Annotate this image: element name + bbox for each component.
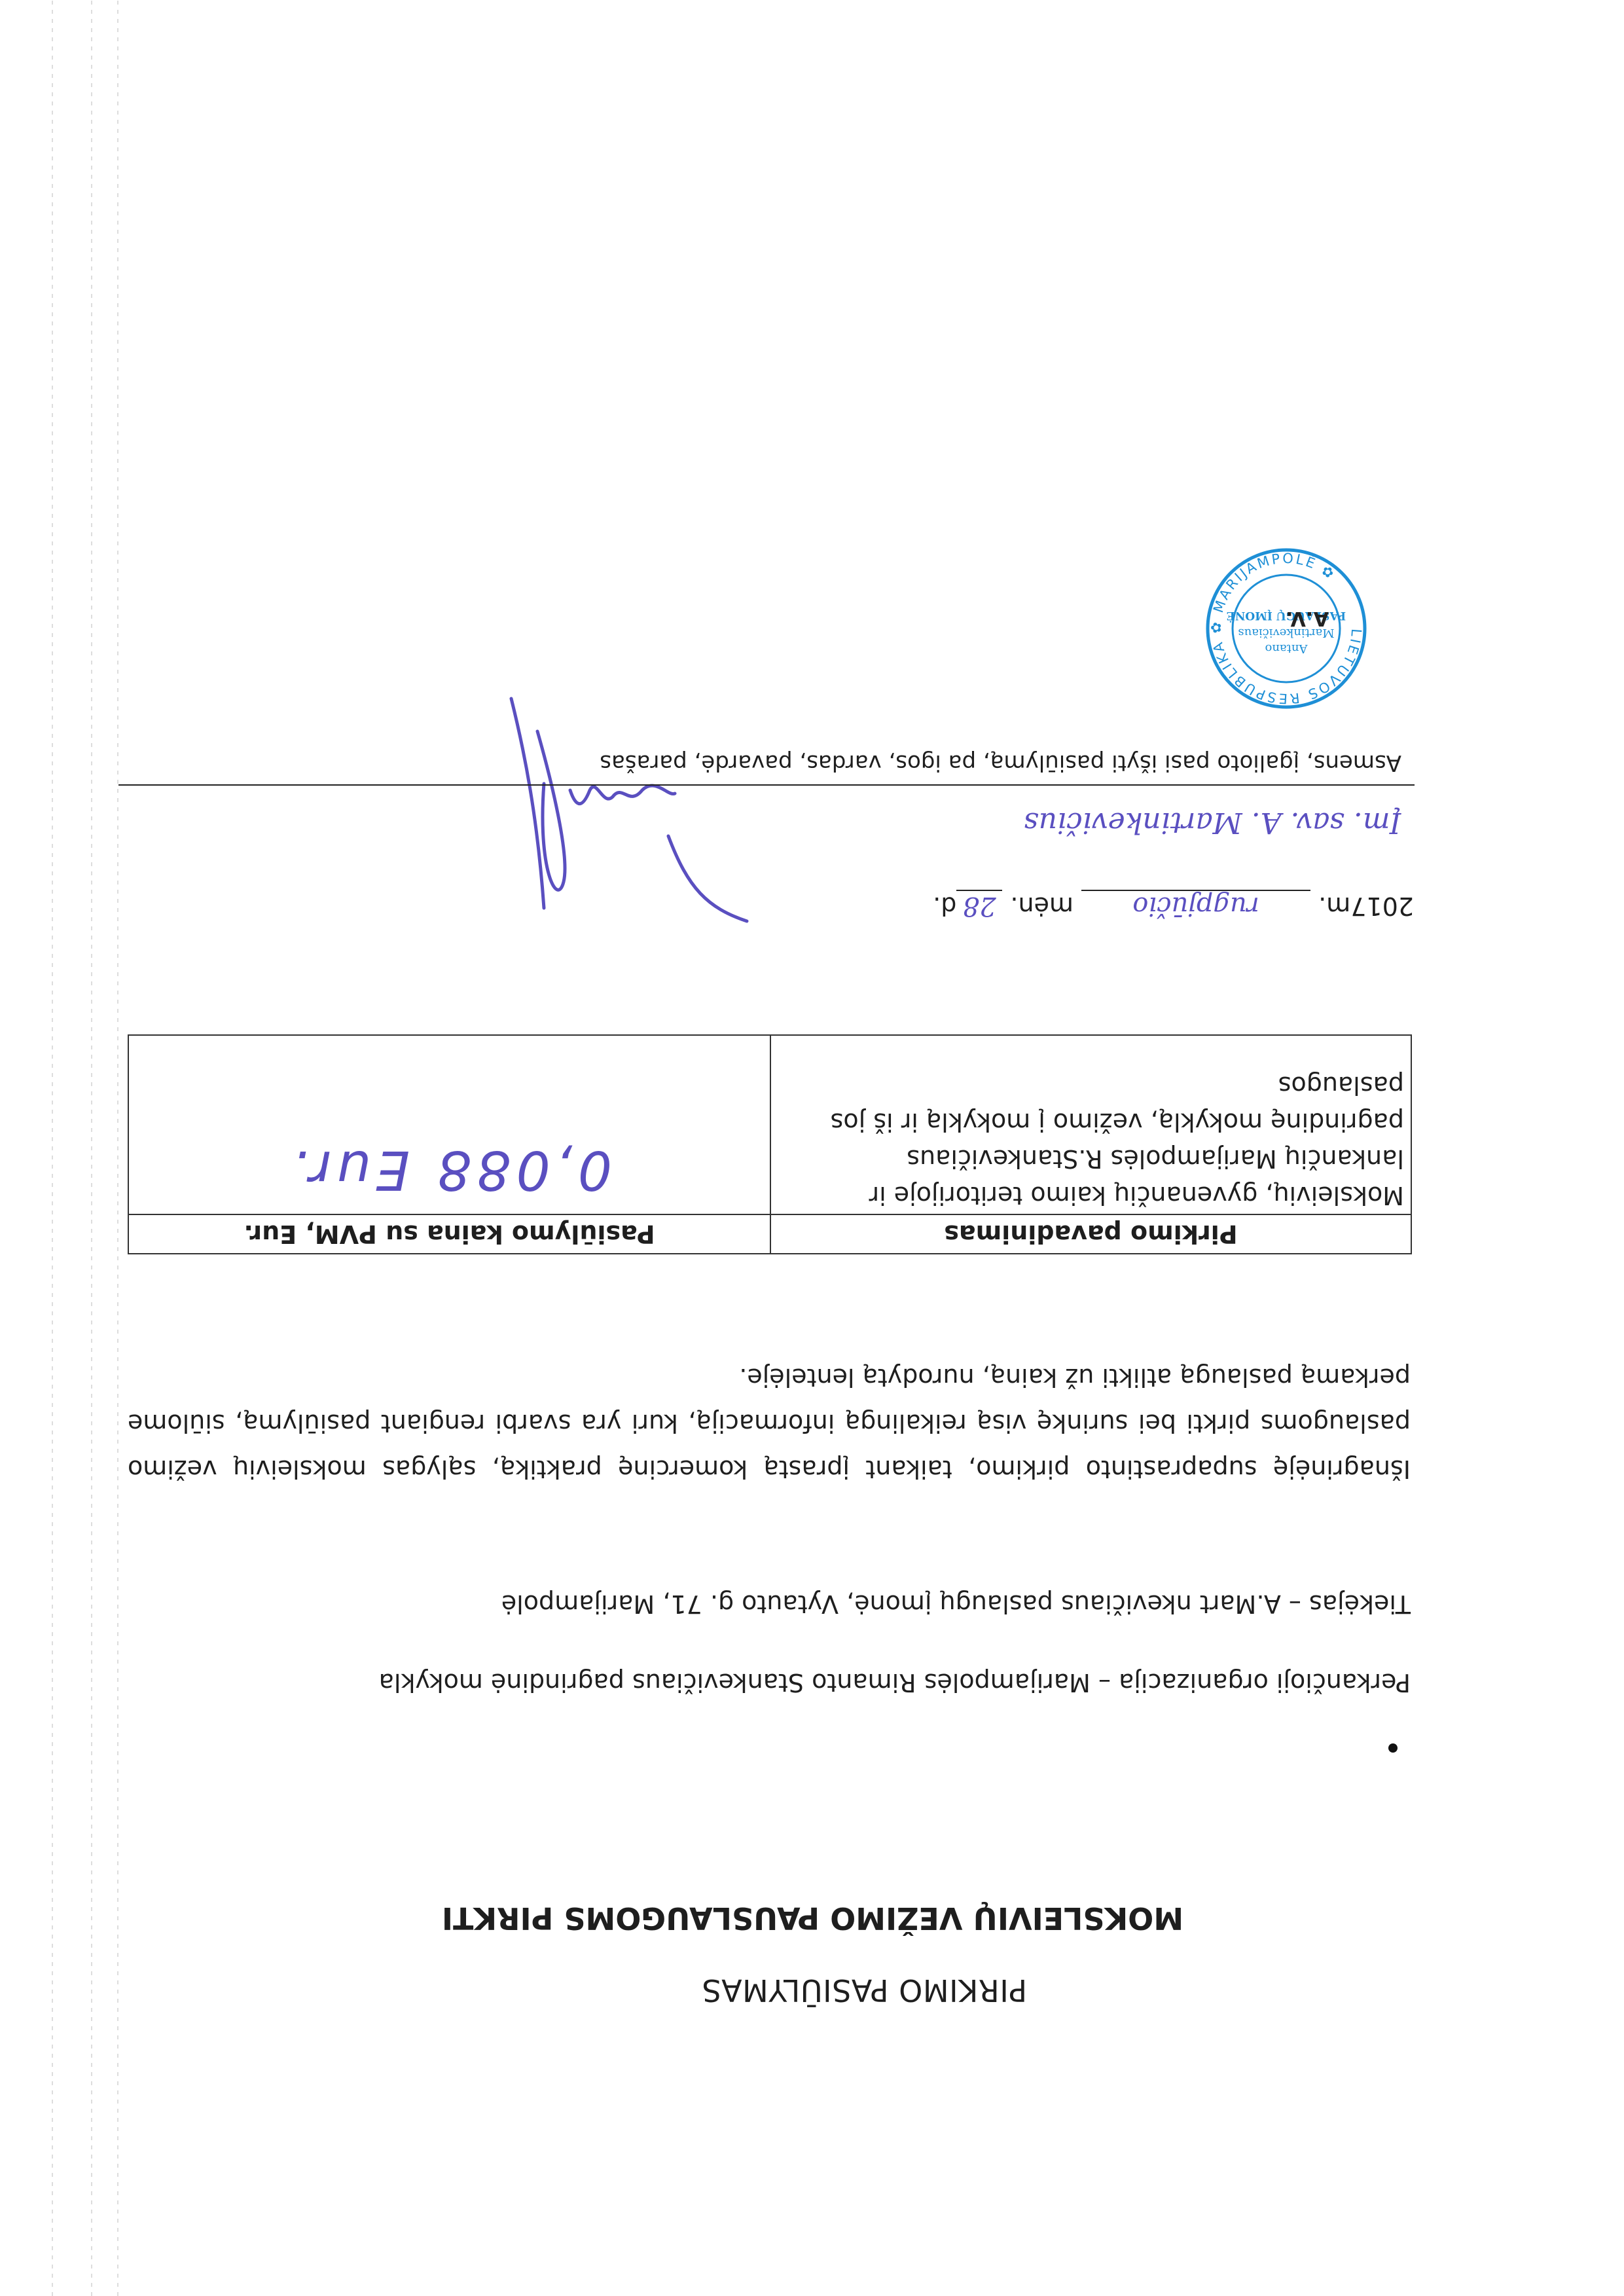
buyer-line: Perkančioji organizacija – Marijampolės …: [379, 1660, 1411, 1705]
document-title-text: PIRKIMO PASIŪLYMAS: [702, 1973, 1027, 2008]
header-purchase-name: Pirkimo pavadinimas: [770, 1214, 1411, 1254]
bullet-dot: [1388, 1743, 1398, 1753]
intro-paragraph: Išnagrinėję supaprastinto pirkimo, taika…: [128, 1355, 1411, 1492]
handwritten-signatory-name: Įm. sav. A. Martinkevičius: [1024, 806, 1401, 839]
stamp-av-mark: A.V.: [1286, 607, 1329, 630]
date-month-handwritten: rugpjūčio: [1081, 890, 1310, 921]
stamp-line1: Antano: [1265, 642, 1308, 655]
header-offer-price: Pasiūlymo kaina su PVM, Eur.: [128, 1214, 770, 1254]
document-subtitle: MOKSLEIVIŲ VEŽIMO PAUSLAUGOMS PIRKTI: [0, 1901, 1624, 1936]
supplier-line: Tiekėjas – A.Mart nkevičiaus paslaugų įm…: [501, 1581, 1411, 1627]
scan-artifact-line: [117, 0, 118, 2296]
company-stamp-icon: LIETUVOS RESPUBLIKA ✿ MARIJAMPOLĖ ✿ Anta…: [1204, 547, 1368, 710]
date-year: 2017m.: [1318, 892, 1414, 920]
offer-table: Pirkimo pavadinimas Pasiūlymo kaina su P…: [128, 1034, 1412, 1254]
table-row: Moksleivių, gyvenančių kaimo teritorijoj…: [128, 1035, 1411, 1214]
purchase-name-cell: Moksleivių, gyvenančių kaimo teritorijoj…: [770, 1035, 1411, 1214]
handwritten-price-cell: 0,088 Eur.: [128, 1035, 770, 1214]
date-day-handwritten: 28: [956, 890, 1002, 921]
date-day-suffix: d.: [933, 892, 956, 920]
date-month-suffix: mėn.: [1010, 892, 1074, 920]
table-header-row: Pirkimo pavadinimas Pasiūlymo kaina su P…: [128, 1214, 1411, 1254]
signature-scribble-icon: [446, 672, 786, 947]
scan-artifact-line: [52, 0, 53, 2296]
signature-caption: Asmens, įgalioto pasi išyti pasiūlymą, p…: [600, 750, 1401, 776]
document-subtitle-text: MOKSLEIVIŲ VEŽIMO PAUSLAUGOMS PIRKTI: [442, 1901, 1183, 1936]
scan-artifact-line: [91, 0, 92, 2296]
document-title: PIRKIMO PASIŪLYMAS: [0, 1973, 1624, 2008]
date-line: 2017m. rugpjūčio mėn. 28d.: [933, 890, 1414, 921]
scanned-document-page: PIRKIMO PASIŪLYMAS MOKSLEIVIŲ VEŽIMO PAU…: [0, 0, 1624, 2296]
signature-line: [118, 784, 1415, 786]
